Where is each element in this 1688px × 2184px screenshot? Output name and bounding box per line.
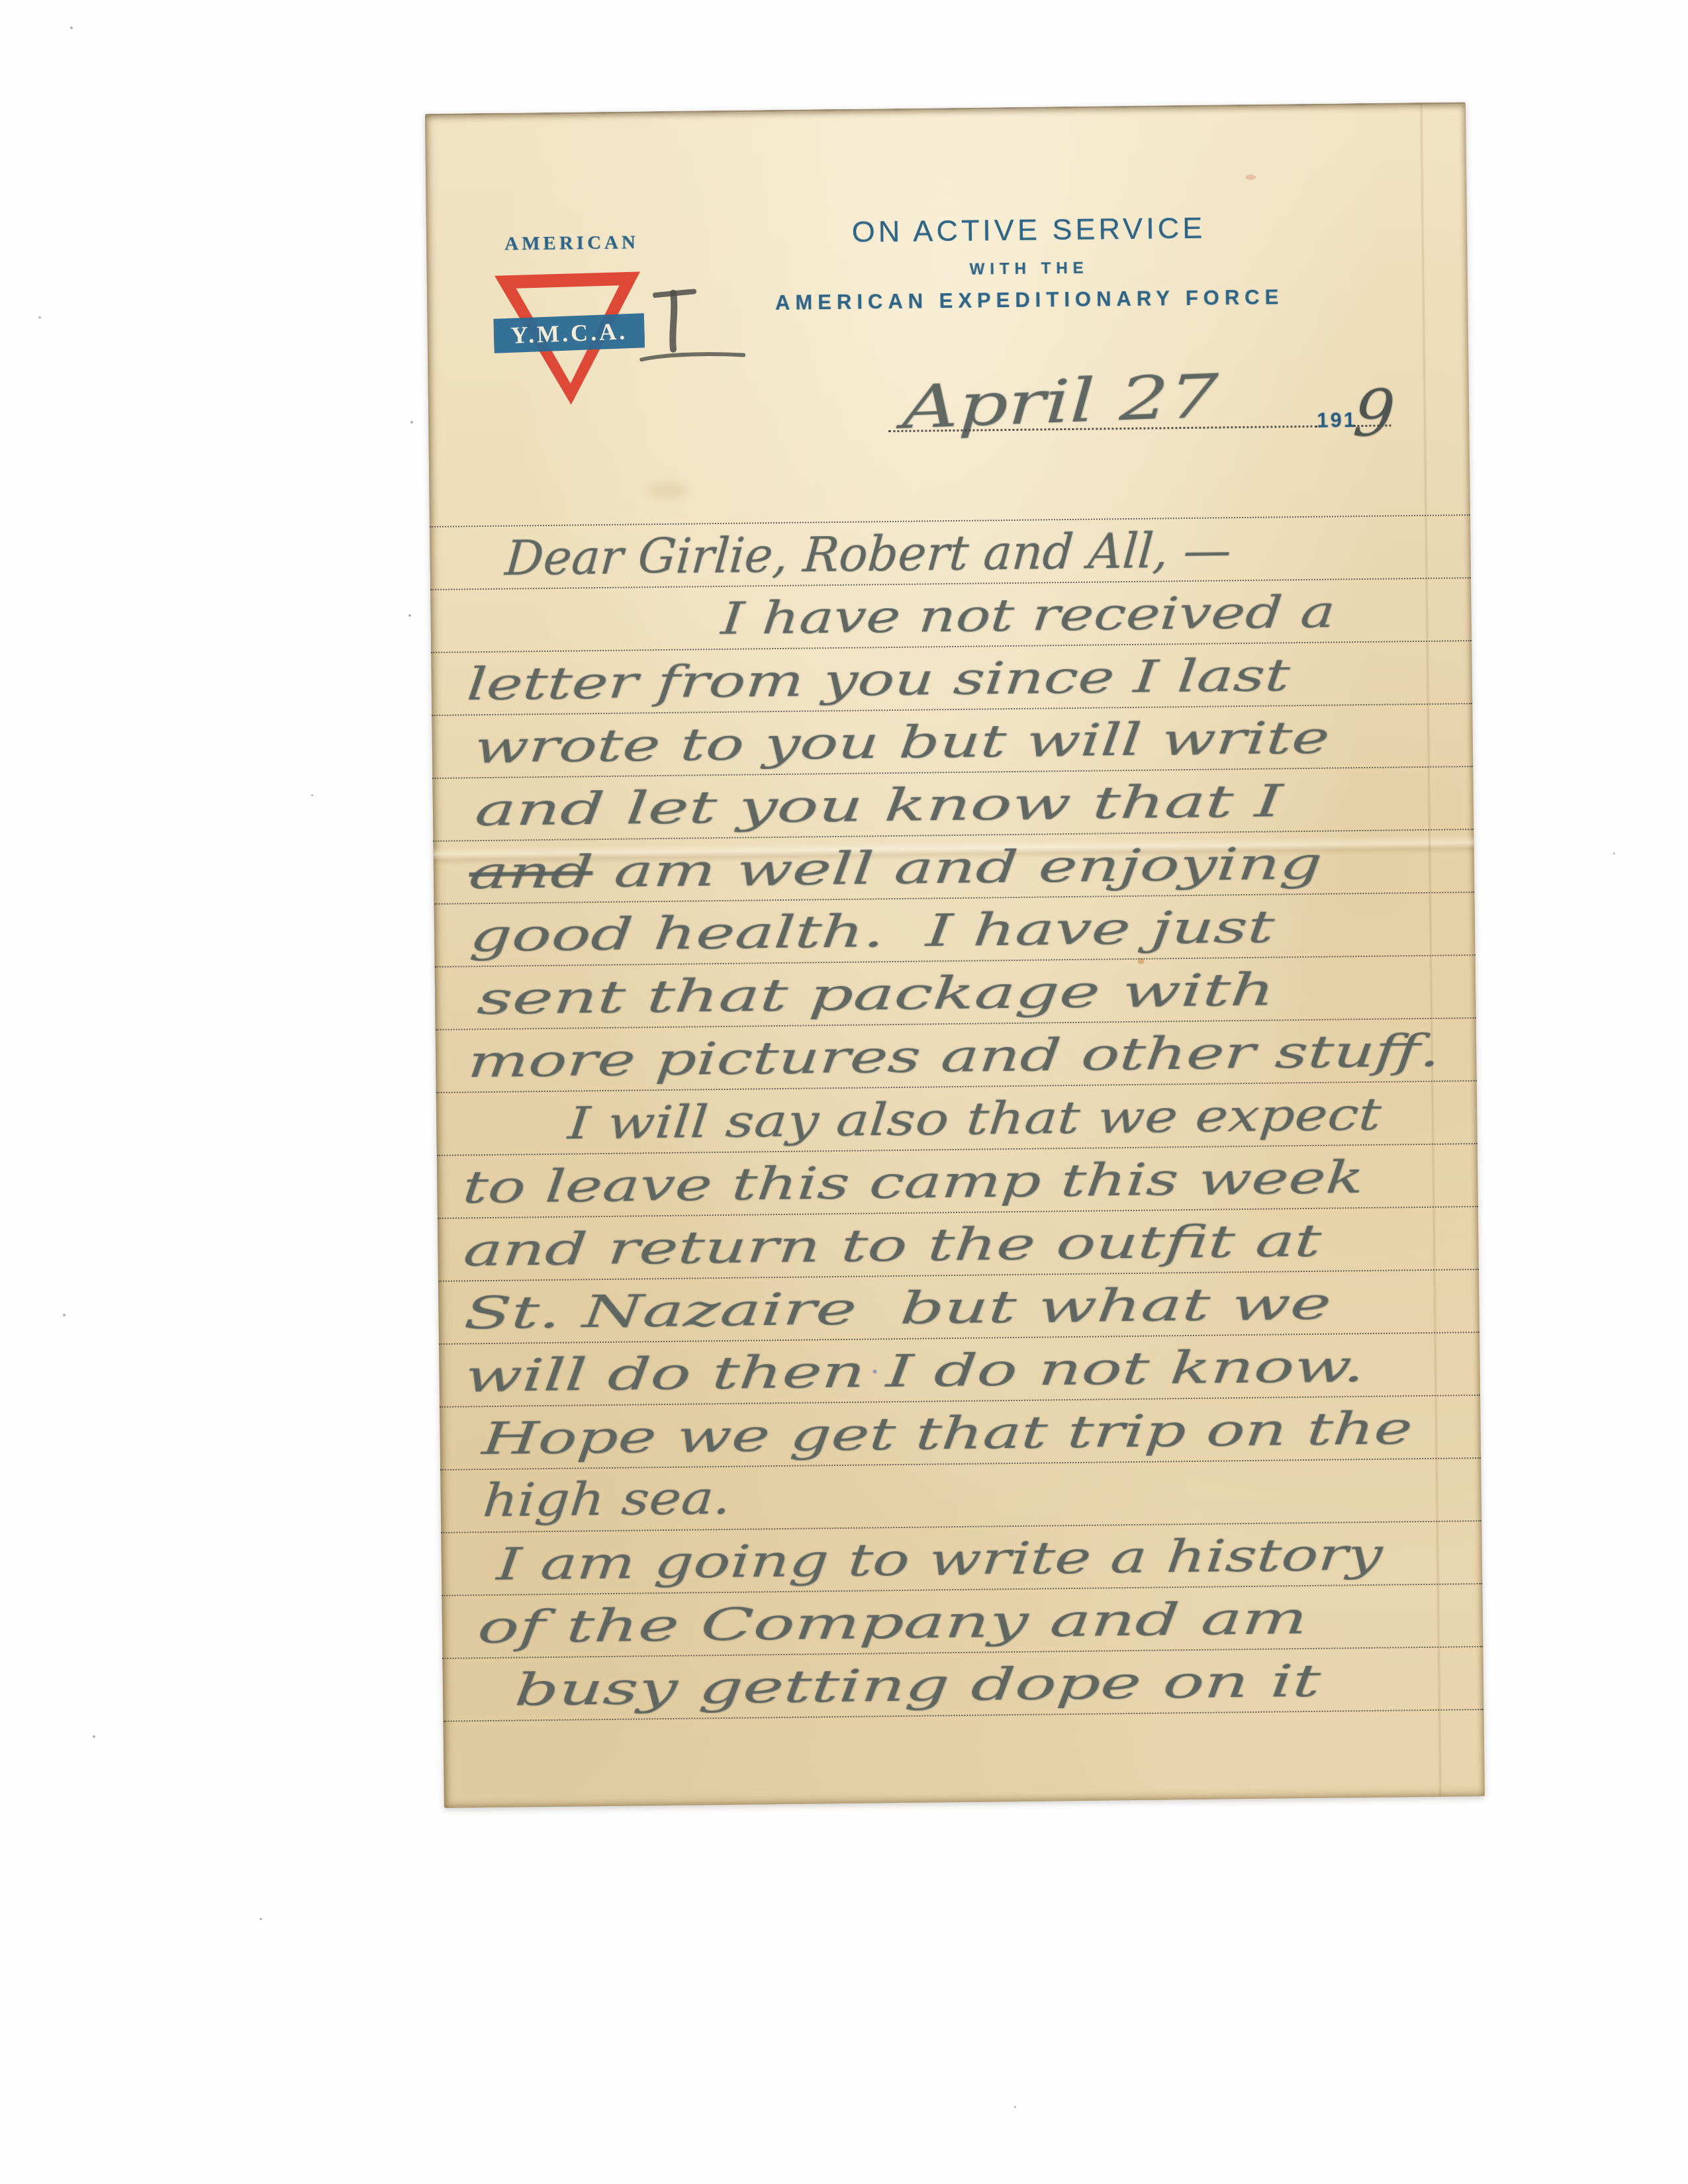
- dust-speck: [70, 26, 73, 29]
- handwritten-line: sent that package with: [475, 960, 1277, 1028]
- handwritten-line: of the Company and am: [475, 1589, 1309, 1657]
- dust-speck: [63, 1314, 66, 1316]
- dust-speck: [1613, 852, 1615, 854]
- handwritten-line: will do then I do not know.: [463, 1337, 1367, 1406]
- handwritten-line: more pictures and other stuff.: [466, 1022, 1442, 1091]
- handwritten-line: wrote to you but will write: [472, 709, 1331, 777]
- letterhead-american-label: AMERICAN: [504, 232, 637, 255]
- letterhead-with-the-line: WITH THE: [831, 257, 1228, 281]
- handwritten-line: Hope we get that trip on the: [480, 1399, 1415, 1468]
- handwritten-line: high sea.: [481, 1470, 733, 1531]
- dust-speck: [311, 794, 313, 796]
- handwritten-line: and let you know that I: [473, 772, 1284, 839]
- dust-speck: [1014, 2106, 1016, 2108]
- handwritten-line-with-strikethrough: andam well and enjoying: [467, 835, 1325, 903]
- dust-speck: [408, 614, 411, 617]
- dust-speck: [93, 1735, 95, 1738]
- handwritten-line: and return to the outfit at: [461, 1212, 1323, 1280]
- handwritten-line-salutation: Dear Girlie, Robert and All, —: [503, 521, 1233, 588]
- handwritten-line: I have not received a: [719, 582, 1337, 648]
- handwritten-line: St. Nazaire but what we: [462, 1275, 1333, 1343]
- handwritten-line: I am going to write a history: [494, 1525, 1384, 1594]
- logo-ymca-text: Y.M.C.A.: [510, 318, 628, 349]
- ymca-logo: Y.M.C.A.: [493, 269, 645, 410]
- handwritten-year-digit: 9: [1350, 377, 1398, 451]
- letterhead-aef-line: AMERICAN EXPEDITIONARY FORCE: [728, 285, 1331, 315]
- paper-stain: [1245, 175, 1256, 180]
- handwritten-line: to leave this camp this week: [461, 1148, 1366, 1217]
- letterhead-service-line: ON ACTIVE SERVICE: [823, 210, 1235, 250]
- paper-stain: [647, 482, 687, 500]
- scanner-background: AMERICAN Y.M.C.A. ON ACTIVE SERVICE WITH…: [0, 0, 1688, 2184]
- letter-paper: AMERICAN Y.M.C.A. ON ACTIVE SERVICE WITH…: [425, 102, 1485, 1808]
- handwritten-line: busy getting dope on it: [513, 1652, 1323, 1719]
- handwritten-line: letter from you since I last: [465, 646, 1291, 713]
- handwritten-line: good health. I have just: [468, 897, 1276, 965]
- handwritten-line: I will say also that we expect: [566, 1085, 1383, 1153]
- pencil-page-mark: [635, 283, 749, 367]
- struck-word: and: [467, 846, 594, 899]
- dust-speck: [38, 316, 41, 318]
- dust-speck: [410, 421, 413, 424]
- handwritten-line-text: am well and enjoying: [612, 838, 1324, 897]
- dust-speck: [259, 1918, 262, 1920]
- vertical-fold-crease: [1419, 103, 1442, 1797]
- printed-year-prefix: 191: [1317, 408, 1357, 433]
